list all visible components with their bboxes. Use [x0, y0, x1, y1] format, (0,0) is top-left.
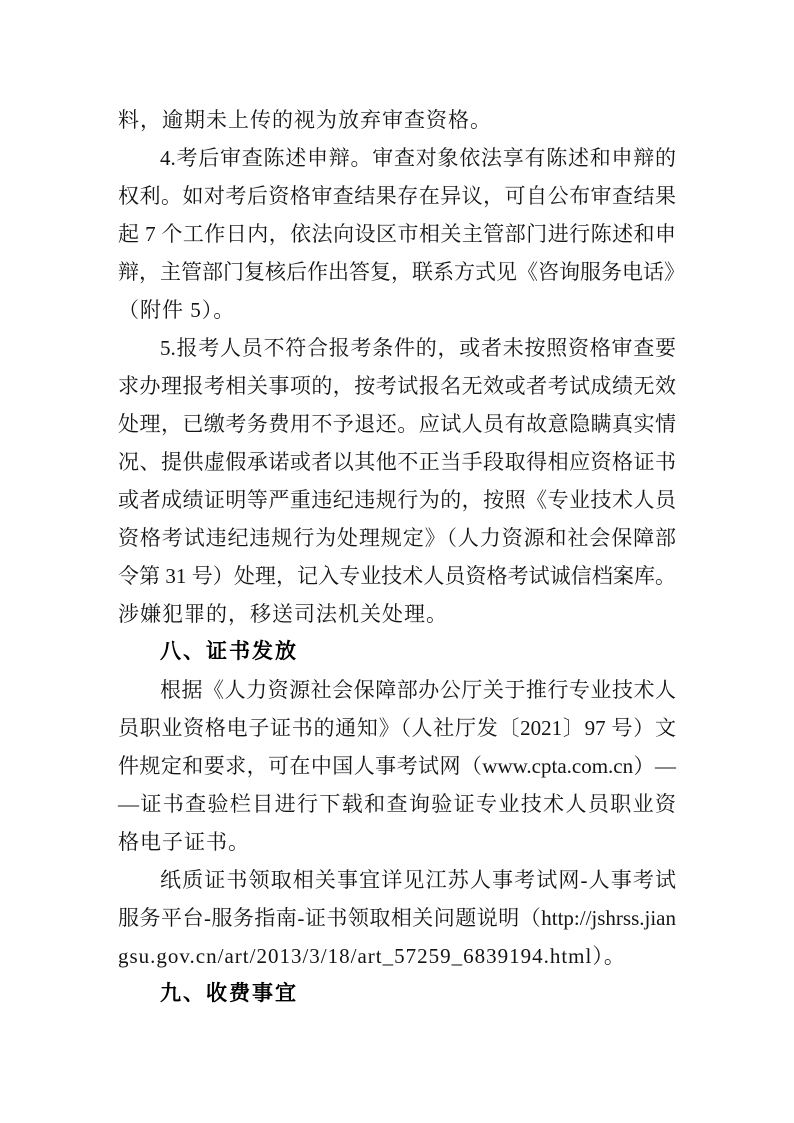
- text-line: 4.考后审查陈述申辩。审查对象依法享有陈述和申辩的: [118, 139, 676, 177]
- text-line: 况、提供虚假承诺或者以其他不正当手段取得相应资格证书: [118, 443, 676, 481]
- document-page: 料，逾期未上传的视为放弃审查资格。4.考后审查陈述申辩。审查对象依法享有陈述和申…: [0, 0, 794, 1123]
- section-heading: 八、证书发放: [118, 633, 676, 671]
- text-line: 根据《人力资源社会保障部办公厅关于推行专业技术人: [118, 671, 676, 709]
- text-line: 员职业资格电子证书的通知》（人社厅发〔2021〕97 号）文: [118, 709, 676, 747]
- text-line: 涉嫌犯罪的，移送司法机关处理。: [118, 595, 676, 633]
- section-heading: 九、收费事宜: [118, 975, 676, 1013]
- text-line: 辩，主管部门复核后作出答复，联系方式见《咨询服务电话》: [118, 253, 676, 291]
- text-line: 纸质证书领取相关事宜详见江苏人事考试网-人事考试: [118, 861, 676, 899]
- text-line: 起 7 个工作日内，依法向设区市相关主管部门进行陈述和申: [118, 215, 676, 253]
- text-line: 令第 31 号）处理，记入专业技术人员资格考试诚信档案库。: [118, 557, 676, 595]
- text-line: 权利。如对考后资格审查结果存在异议，可自公布审查结果: [118, 177, 676, 215]
- text-line: 料，逾期未上传的视为放弃审查资格。: [118, 101, 676, 139]
- text-line: —证书查验栏目进行下载和查询验证专业技术人员职业资: [118, 785, 676, 823]
- document-body: 料，逾期未上传的视为放弃审查资格。4.考后审查陈述申辩。审查对象依法享有陈述和申…: [118, 101, 676, 1013]
- text-line: 服务平台-服务指南-证书领取相关问题说明（http://jshrss.jian: [118, 899, 676, 937]
- text-line: 件规定和要求，可在中国人事考试网（www.cpta.com.cn）—: [118, 747, 676, 785]
- text-line: 资格考试违纪违规行为处理规定》（人力资源和社会保障部: [118, 519, 676, 557]
- text-line: 或者成绩证明等严重违纪违规行为的，按照《专业技术人员: [118, 481, 676, 519]
- text-line: 5.报考人员不符合报考条件的，或者未按照资格审查要: [118, 329, 676, 367]
- text-line: gsu.gov.cn/art/2013/3/18/art_57259_68391…: [118, 937, 676, 975]
- text-line: 格电子证书。: [118, 823, 676, 861]
- text-line: 处理，已缴考务费用不予退还。应试人员有故意隐瞒真实情: [118, 405, 676, 443]
- text-line: 求办理报考相关事项的，按考试报名无效或者考试成绩无效: [118, 367, 676, 405]
- text-line: （附件 5）。: [118, 291, 676, 329]
